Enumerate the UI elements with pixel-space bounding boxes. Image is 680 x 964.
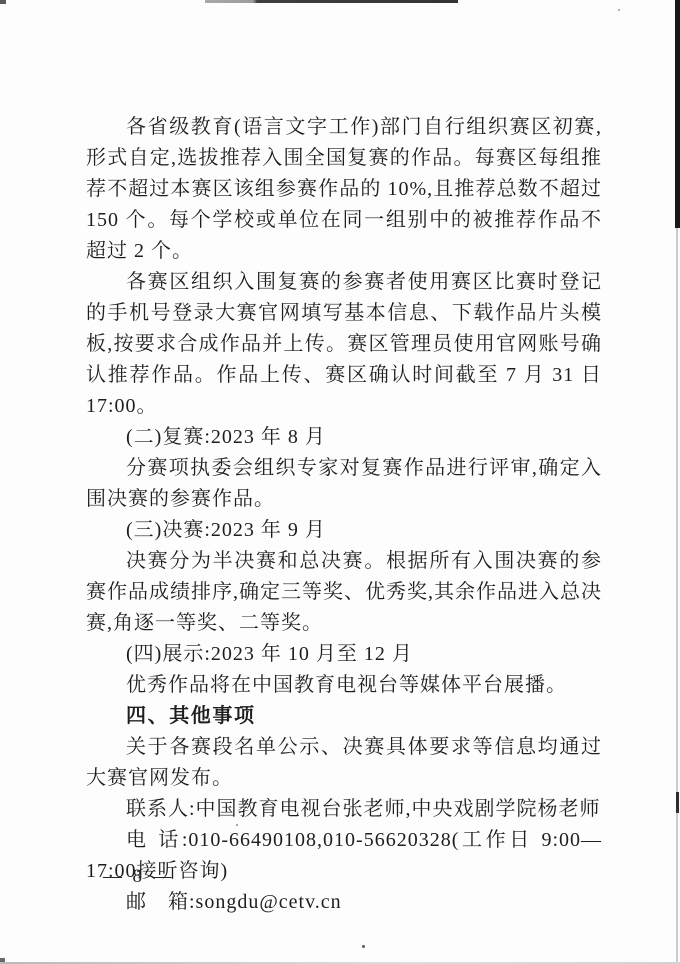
scan-artifact-right-line xyxy=(676,228,678,964)
scan-speck xyxy=(362,945,365,948)
scan-artifact-top-edge xyxy=(205,0,458,3)
page-number: — 8 — xyxy=(103,866,174,888)
paragraph: 邮 箱:songdu@cetv.cn xyxy=(86,887,602,918)
paragraph: 分赛项执委会组织专家对复赛作品进行评审,确定入围决赛的参赛作品。 xyxy=(86,453,602,515)
section-heading: 四、其他事项 xyxy=(86,701,602,732)
scan-artifact-right-dash xyxy=(676,792,679,813)
paragraph: 决赛分为半决赛和总决赛。根据所有入围决赛的参赛作品成绩排序,确定三等奖、优秀奖,… xyxy=(86,546,602,639)
scan-artifact-right-edge xyxy=(675,0,680,228)
scan-artifact-top-left xyxy=(0,0,6,4)
paragraph: 各赛区组织入围复赛的参赛者使用赛区比赛时登记的手机号登录大赛官网填写基本信息、下… xyxy=(86,267,602,422)
scan-artifact-bottom-left xyxy=(0,958,5,962)
document-body: 各省级教育(语言文字工作)部门自行组织赛区初赛,形式自定,选拔推荐入围全国复赛的… xyxy=(86,112,602,918)
paragraph: 各省级教育(语言文字工作)部门自行组织赛区初赛,形式自定,选拔推荐入围全国复赛的… xyxy=(86,112,602,267)
paragraph: 联系人:中国教育电视台张老师,中央戏剧学院杨老师 xyxy=(86,794,602,825)
subsection-heading: (三)决赛:2023 年 9 月 xyxy=(86,515,602,546)
scan-speck xyxy=(618,9,620,11)
paragraph: 优秀作品将在中国教育电视台等媒体平台展播。 xyxy=(86,670,602,701)
document-page: 各省级教育(语言文字工作)部门自行组织赛区初赛,形式自定,选拔推荐入围全国复赛的… xyxy=(0,0,680,964)
subsection-heading: (四)展示:2023 年 10 月至 12 月 xyxy=(86,639,602,670)
paragraph: 关于各赛段名单公示、决赛具体要求等信息均通过大赛官网发布。 xyxy=(86,732,602,794)
subsection-heading: (二)复赛:2023 年 8 月 xyxy=(86,422,602,453)
